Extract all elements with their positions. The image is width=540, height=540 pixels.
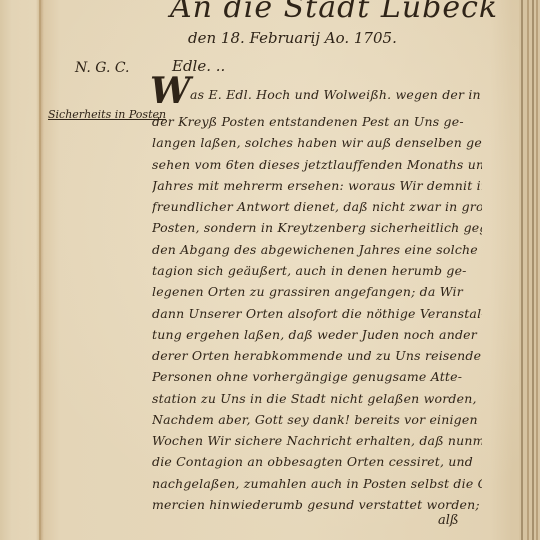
- margin-note: Sicherheits in Posten: [48, 108, 166, 121]
- body-line: den Abgang des abgewichenen Jahres eine …: [152, 242, 482, 257]
- body-line: langen laßen, solches haben wir auß dens…: [152, 135, 482, 150]
- drop-cap: W: [150, 70, 190, 112]
- body-line: derer Orten herabkommende und zu Uns rei…: [152, 348, 482, 363]
- body-line: Nachdem aber, Gott sey dank! bereits vor…: [152, 412, 482, 427]
- manuscript-page: An die Stadt Lübeck den 18. Februarij Ao…: [0, 0, 540, 540]
- binding-fold: [39, 0, 41, 540]
- body-line: as E. Edl. Hoch und Wolweißh. wegen der …: [190, 87, 490, 102]
- body-line: station zu Uns in die Stadt nicht gelaße…: [152, 391, 482, 406]
- body-line: legenen Orten zu grassiren angefangen; d…: [152, 284, 482, 299]
- date-line: den 18. Februarij Ao. 1705.: [188, 29, 397, 47]
- page-edge-line: [527, 0, 529, 540]
- body-line: dann Unserer Orten alsofort die nöthige …: [152, 306, 482, 321]
- body-line: tung ergehen laßen, daß weder Juden noch…: [152, 327, 482, 342]
- body-line: tagion sich geäußert, auch in denen heru…: [152, 263, 482, 278]
- body-line: Wochen Wir sichere Nachricht erhalten, d…: [152, 433, 482, 448]
- body-line: freundlicher Antwort dienet, daß nicht z…: [152, 199, 482, 214]
- body-line: nachgelaßen, zumahlen auch in Posten sel…: [152, 476, 482, 491]
- body-line: die Contagion an obbesagten Orten cessir…: [152, 454, 482, 469]
- body-line: mercien hinwiederumb gesund verstattet w…: [152, 497, 482, 512]
- letter-heading: An die Stadt Lübeck: [170, 0, 498, 25]
- body-line: sehen vom 6ten dieses jetztlauffenden Mo…: [152, 157, 482, 172]
- page-edge-line: [536, 0, 538, 540]
- page-edge-line: [532, 0, 534, 540]
- side-initials: N. G. C.: [75, 60, 130, 76]
- body-line: Jahres mit mehrerm ersehen: woraus Wir d…: [152, 178, 482, 193]
- body-line: der Kreyß Posten entstandenen Pest an Un…: [152, 114, 482, 129]
- body-line: Personen ohne vorhergängige genugsame At…: [152, 369, 482, 384]
- catchword: alß: [438, 513, 459, 528]
- page-edge-line: [521, 0, 523, 540]
- body-line: Posten, sondern in Kreytzenberg sicherhe…: [152, 220, 482, 235]
